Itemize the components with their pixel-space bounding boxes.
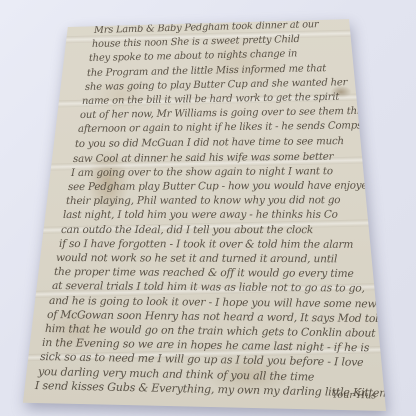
letter-line: saw Cool at dinner he said his wife was … bbox=[73, 149, 416, 166]
letter-line: afternoon or again to night if he likes … bbox=[77, 119, 416, 137]
photo-background: Mrs Lamb & Baby Pedgham took dinner at o… bbox=[0, 0, 416, 416]
letter-line: I am going over to the show again to nig… bbox=[70, 163, 416, 180]
letter-line: see Pedgham play Butter Cup - how you wo… bbox=[68, 178, 416, 194]
letter-line: if so I have forgotten - I took it over … bbox=[59, 237, 416, 252]
letter-paper: Mrs Lamb & Baby Pedgham took dinner at o… bbox=[0, 0, 416, 416]
letter-line: can outdo the Ideal, did I tell you abou… bbox=[61, 223, 416, 237]
signature: Your Hus bbox=[332, 390, 376, 402]
letter-line: to you so did McGuan I did not have time… bbox=[75, 134, 416, 152]
handwritten-text-block: Mrs Lamb & Baby Pedgham took dinner at o… bbox=[0, 24, 416, 393]
letter-line: their playing, Phil wanted to know why y… bbox=[66, 193, 416, 208]
letter-paper-wrap: Mrs Lamb & Baby Pedgham took dinner at o… bbox=[0, 0, 416, 416]
letter-line: last night, I told him you were away - h… bbox=[63, 208, 416, 223]
